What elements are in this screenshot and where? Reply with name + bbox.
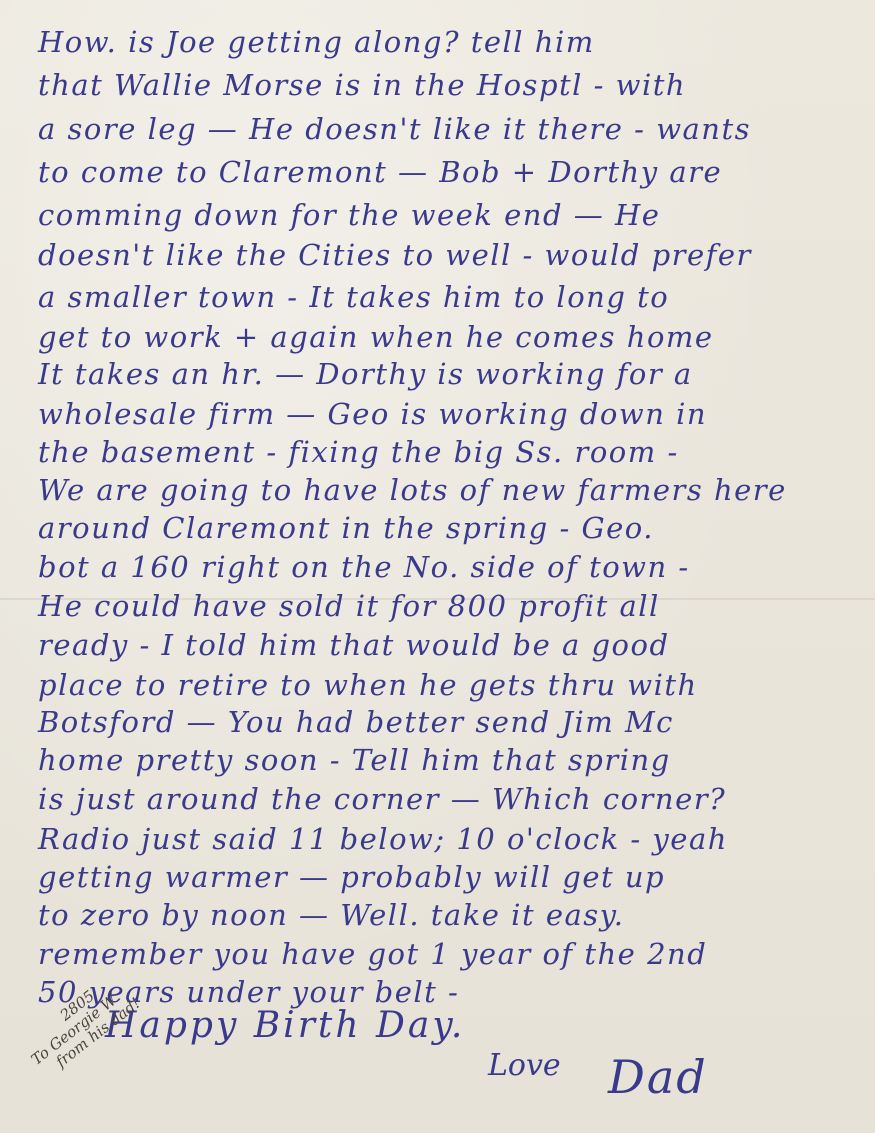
- letter-line: doesn't like the Cities to well - would …: [38, 238, 752, 272]
- letter-line: is just around the corner — Which corner…: [38, 782, 726, 816]
- letter-line: Botsford — You had better send Jim Mc: [38, 705, 674, 739]
- letter-line: to come to Claremont — Bob + Dorthy are: [38, 155, 722, 189]
- letter-line: Radio just said 11 below; 10 o'clock - y…: [38, 822, 728, 856]
- letter-line: ready - I told him that would be a good: [38, 628, 670, 662]
- letter-line: the basement - fixing the big Ss. room -: [38, 435, 679, 469]
- letter-body: How. is Joe getting along? tell him that…: [0, 0, 875, 1133]
- letter-line: How. is Joe getting along? tell him: [38, 25, 595, 59]
- letter-line: He could have sold it for 800 profit all: [38, 589, 660, 623]
- letter-line: get to work + again when he comes home: [38, 320, 714, 354]
- letter-line: remember you have got 1 year of the 2nd: [38, 937, 707, 971]
- valediction: Love: [488, 1048, 561, 1083]
- letter-line: We are going to have lots of new farmers…: [38, 473, 787, 507]
- letter-line: around Claremont in the spring - Geo.: [38, 511, 654, 545]
- letter-line: comming down for the week end — He: [38, 198, 660, 232]
- letter-line: a sore leg — He doesn't like it there - …: [38, 112, 751, 146]
- letter-line: place to retire to when he gets thru wit…: [38, 668, 698, 702]
- letter-line: getting warmer — probably will get up: [38, 860, 665, 894]
- letter-line: bot a 160 right on the No. side of town …: [38, 550, 690, 584]
- letter-line: It takes an hr. — Dorthy is working for …: [38, 357, 693, 391]
- letter-line: that Wallie Morse is in the Hosptl - wit…: [38, 68, 686, 102]
- signature: Dad: [608, 1050, 708, 1104]
- letter-page: How. is Joe getting along? tell him that…: [0, 0, 875, 1133]
- letter-line: a smaller town - It takes him to long to: [38, 280, 669, 314]
- letter-line: to zero by noon — Well. take it easy.: [38, 898, 624, 932]
- letter-line: home pretty soon - Tell him that spring: [38, 743, 671, 777]
- closing-greeting: Happy Birth Day.: [105, 1005, 465, 1046]
- letter-line: wholesale firm — Geo is working down in: [38, 397, 707, 431]
